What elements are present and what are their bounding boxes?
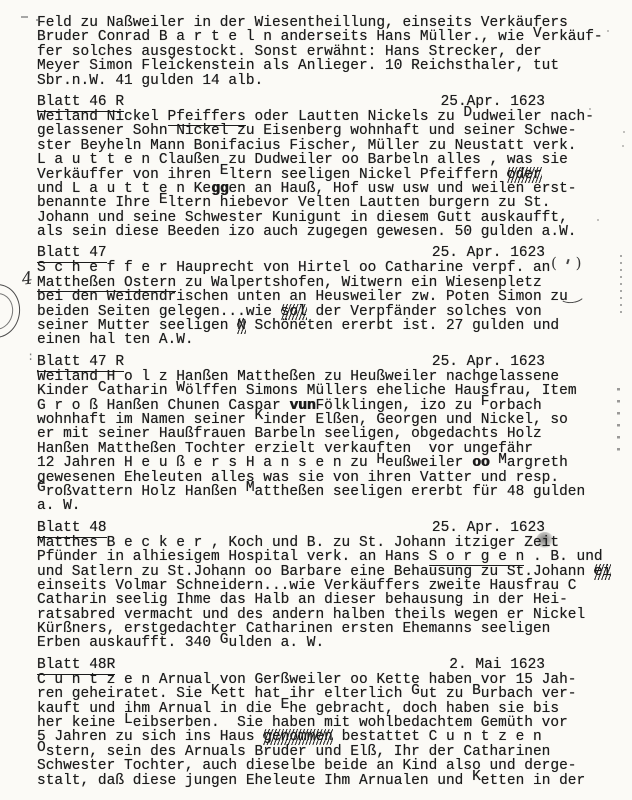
document-text: Feld zu Naßweiler in der Wiesentheillung… [37, 16, 612, 788]
text-segment: stalt, daß diese jungen Eheleute Ihm Arn… [37, 773, 472, 789]
text-segment: a. W. [37, 498, 81, 514]
record-section: Blatt 4825. Apr. 1623Matthes B e c k e r… [37, 521, 612, 651]
record-date: 2. Mai 1623 [449, 658, 545, 672]
text-line: L a u t t e n Claußen zu Dudweiler oo Ba… [37, 153, 612, 167]
record-heading-row: Blatt 48R2. Mai 1623 [37, 658, 612, 673]
handwritten-numeral: 4 [21, 270, 34, 288]
text-segment: M [246, 481, 255, 495]
text-segment: F [481, 395, 490, 409]
text-segment: O [37, 741, 46, 755]
record-heading-row: Blatt 47 R25. Apr. 1623 [37, 355, 612, 370]
blatt-heading: Blatt 48 [37, 520, 107, 538]
text-line: Erben auskaufft. 340 Gulden a. W. [37, 636, 612, 650]
text-segment: erkäuf- [542, 29, 603, 45]
text-segment: V [533, 27, 542, 41]
pencil-dash-mark [21, 16, 28, 18]
record-section: Blatt 46 R25.Apr. 1623Weiland Nickel Pfe… [37, 95, 612, 240]
text-segment: K [472, 770, 481, 784]
record-heading-row: Blatt 4725. Apr. 1623 [37, 246, 612, 261]
text-line: a. W. [37, 499, 612, 513]
text-segment: E [159, 193, 168, 207]
text-segment: einen hal ten A.W. [37, 332, 194, 348]
document-page: 4 ( ) : Feld zu Naßweiler in der Wiesent… [0, 0, 632, 800]
text-line: Sbr.n.W. 41 gulden 14 alb. [37, 74, 612, 88]
text-segment: W [176, 381, 185, 395]
ink-speck [622, 145, 624, 147]
blatt-heading: Blatt 47 [37, 245, 107, 263]
text-segment: etten in der [481, 773, 585, 789]
text-line: gelassener Sohn Nickel zu Eisenberg wohn… [37, 124, 612, 138]
text-line: Bruder Conrad B a r t e l n anderseits H… [37, 30, 612, 44]
text-line: Matthes B e c k e r , Koch und B. zu St.… [37, 536, 612, 550]
text-line: Meyer Simon Fleickenstein als Anlieger. … [37, 59, 612, 73]
record-section: Feld zu Naßweiler in der Wiesentheillung… [37, 16, 612, 88]
text-line: Catharin seelig Ihme das Halb an dieser … [37, 593, 612, 607]
text-segment: M [498, 453, 507, 467]
text-line: 5 Jahren zu sich ins Haus genommen besta… [37, 730, 612, 744]
text-segment: E [281, 698, 290, 712]
text-line: Pfünder in alhiesigem Hospital verk. an … [37, 550, 612, 564]
text-segment: K [211, 684, 220, 698]
text-segment: G [220, 633, 229, 647]
record-date: 25. Apr. 1623 [432, 521, 545, 535]
text-segment: N [237, 318, 246, 334]
record-heading-row: Blatt 4825. Apr. 1623 [37, 521, 612, 536]
text-segment: Sbr.n.W. 41 gulden 14 alb. [37, 73, 263, 89]
record-date: 25.Apr. 1623 [441, 95, 545, 109]
text-segment: B [472, 684, 481, 698]
text-segment: ei [594, 564, 611, 580]
record-heading-row: Blatt 46 R25.Apr. 1623 [37, 95, 612, 110]
text-line: beiden Seiten gelegen...wie sol der Verp… [37, 305, 612, 319]
text-segment: Erben auskaufft. 340 [37, 635, 220, 651]
blatt-heading: Blatt 46 R [37, 94, 124, 112]
margin-dotted-line [617, 388, 620, 460]
text-segment: ulden a. W. [228, 635, 324, 651]
text-line: benannte Ihre Eltern hiebevor Velten Lau… [37, 196, 612, 210]
text-line: einen hal ten A.W. [37, 333, 612, 347]
text-line: Schwester Tochter, auch dieselbe beide a… [37, 759, 612, 773]
blatt-heading: Blatt 48R [37, 657, 115, 675]
ink-speck [623, 131, 625, 133]
text-line: S c h e f f e r Hauprecht von Hirtel oo … [37, 261, 612, 275]
text-line: 12 Jahren H e u ß e r s H a n s e n zu H… [37, 456, 612, 470]
text-line: fer solches ausgestockt. Sonst erwähnt: … [37, 45, 612, 59]
text-segment: G [37, 481, 46, 495]
text-line: G r o ß Hanßen Chunen Caspar vunFölkling… [37, 399, 612, 413]
text-line: Johann und seine Schwester Kunigunt in d… [37, 211, 612, 225]
text-segment: E [220, 164, 229, 178]
text-segment: G [411, 684, 420, 698]
text-segment: als sein diese Beeden izo auch zugegen g… [37, 224, 577, 240]
text-segment: L [124, 713, 133, 727]
record-section: Blatt 48R2. Mai 1623C u n t z e n Arnual… [37, 658, 612, 788]
text-segment: C [98, 381, 107, 395]
text-line: Kinder Catharin Wölffen Simons Müllers e… [37, 384, 612, 398]
text-line: und Satlern zu St.Johann oo Barbare eine… [37, 565, 612, 579]
record-date: 25. Apr. 1623 [432, 246, 545, 260]
margin-dotted-line [620, 255, 622, 317]
text-line: er mit seiner Haußfrauen Barbeln seelige… [37, 427, 612, 441]
text-line: Verkäuffer von ihren Eltern seeligen Nic… [37, 168, 612, 182]
record-section: Blatt 4725. Apr. 1623S c h e f f e r Hau… [37, 246, 612, 347]
text-line: ren geheiratet. Sie Kett hat ihr elterli… [37, 687, 612, 701]
text-segment: H [376, 453, 385, 467]
text-line: als sein diese Beeden izo auch zugegen g… [37, 225, 612, 239]
text-segment: attheßen seeligen ererbt für 48 gulden [255, 484, 586, 500]
text-line: ster Beyheln Mann Bonifacius Fischer, Mü… [37, 139, 612, 153]
text-line: stalt, daß diese jungen Eheleute Ihm Arn… [37, 774, 612, 788]
text-line: Großvattern Holz Hanßen Mattheßen seelig… [37, 485, 612, 499]
text-line: ratsabred vermacht und des andern halben… [37, 608, 612, 622]
ink-speck: : [27, 350, 34, 364]
text-line: gewesenen Eheleuten alles was sie von ih… [37, 471, 612, 485]
text-segment: D [463, 106, 472, 120]
text-segment: Schöneten ererbt ist. 27 gulden und [246, 318, 559, 334]
text-line: bei den Weidendrischen unten an Heusweil… [37, 290, 612, 304]
record-date: 25. Apr. 1623 [432, 355, 545, 369]
record-section: Blatt 47 R25. Apr. 1623Weiland H o l z H… [37, 355, 612, 514]
text-segment: K [255, 409, 264, 423]
text-line: Hanßen Mattheßen Tochter erzielt verkauf… [37, 442, 612, 456]
blatt-heading: Blatt 47 R [37, 354, 124, 372]
